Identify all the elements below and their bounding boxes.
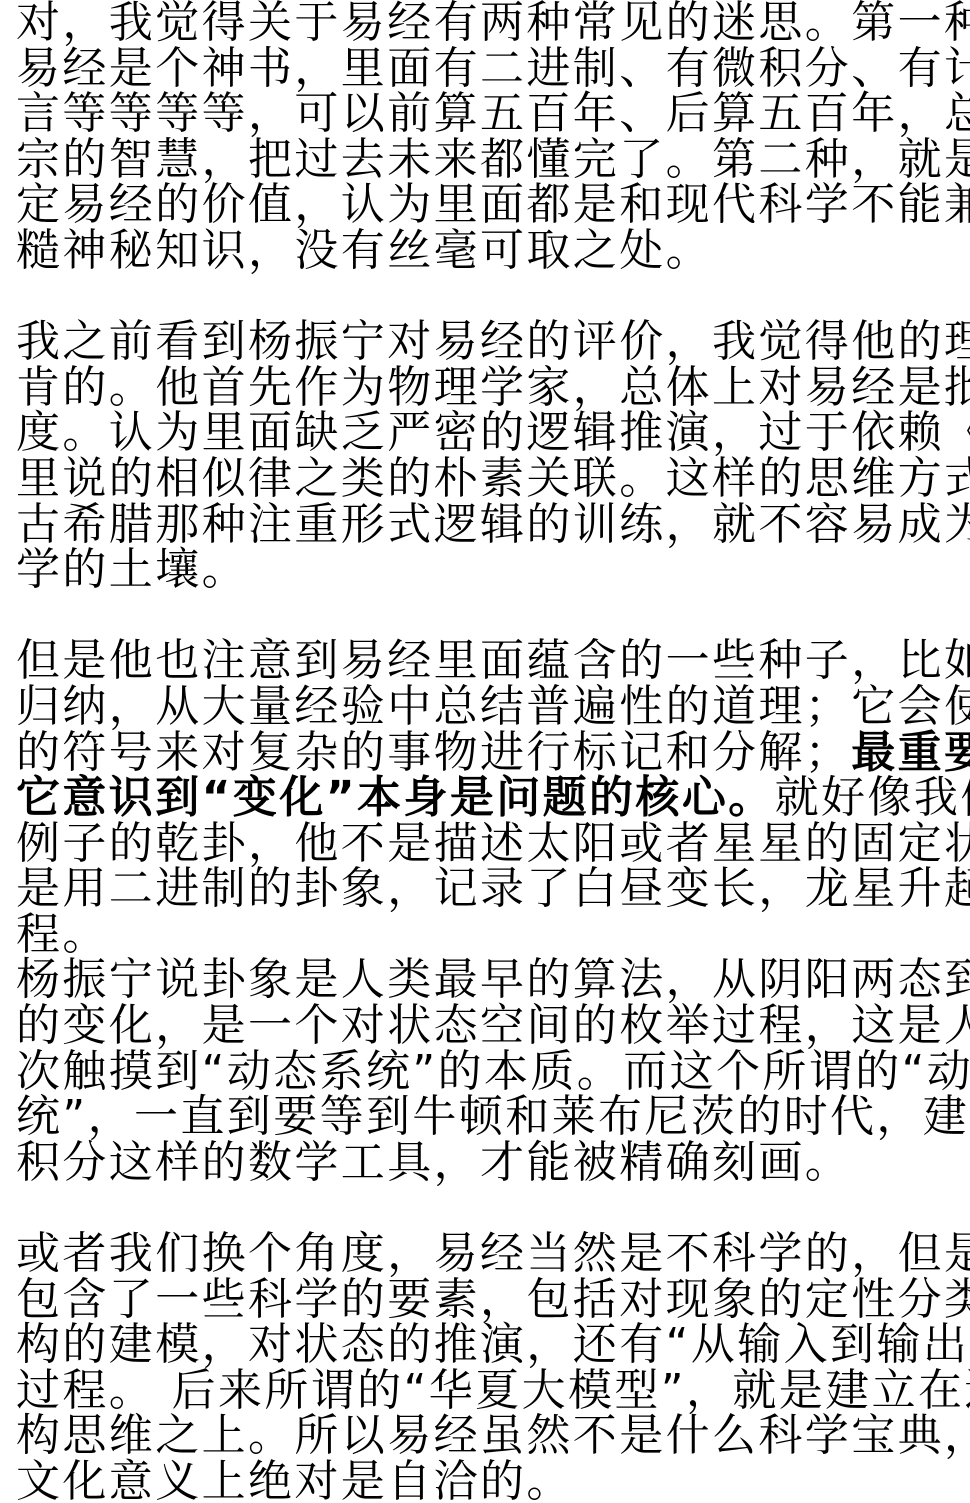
- text-line: 构的建模，对状态的推演，还有“从输入到输出”的决策: [16, 1322, 956, 1368]
- text-line: 对，我觉得关于易经有两种常见的迷思。第一种是觉得: [16, 0, 956, 46]
- paragraph-earliest-algorithm: 杨振宁说卦象是人类最早的算法，从阴阳两态到384爻 的变化，是一个对状态空间的枚…: [16, 957, 956, 1185]
- text-line: 糙神秘知识，没有丝毫可取之处。: [16, 228, 956, 274]
- emphasis-text: 它意识到“变化”本身是问题的核心。: [16, 772, 775, 823]
- text-normal: 就好像我们前面举: [775, 772, 970, 823]
- paragraph-seeds-of-science: 但是他也注意到易经里面蕴含的一些种子，比如它注重 归纳，从大量经验中总结普遍性的…: [16, 638, 956, 957]
- text-line: 易经是个神书，里面有二进制、有微积分、有计算机语: [16, 46, 956, 92]
- text-line: 里说的相似律之类的朴素关联。这样的思维方式，比起: [16, 456, 956, 502]
- text-line: 但是他也注意到易经里面蕴含的一些种子，比如它注重: [16, 638, 956, 684]
- text-line: 它意识到“变化”本身是问题的核心。就好像我们前面举: [16, 775, 956, 821]
- text-normal: 杨振宁说卦象是人类最早的算法，从阴阳两态到: [16, 954, 970, 1005]
- text-line: 定易经的价值，认为里面都是和现代科学不能兼容的粗: [16, 182, 956, 228]
- text-line: 宗的智慧，把过去未来都懂完了。第二种，就是完全否: [16, 137, 956, 183]
- text-line: 杨振宁说卦象是人类最早的算法，从阴阳两态到384爻: [16, 957, 956, 1003]
- text-line: 统”，一直到要等到牛顿和莱布尼茨的时代，建立了微: [16, 1094, 956, 1140]
- text-line: 归纳，从大量经验中总结普遍性的道理；它会使用抽象: [16, 684, 956, 730]
- text-line: 次触摸到“动态系统”的本质。而这个所谓的“动态系: [16, 1049, 956, 1095]
- text-line: 或者我们换个角度，易经当然是不科学的，但是它确实: [16, 1231, 956, 1277]
- article-body: 对，我觉得关于易经有两种常见的迷思。第一种是觉得 易经是个神书，里面有二进制、有…: [16, 0, 956, 1503]
- text-line: 程。: [16, 912, 956, 958]
- text-line: 的变化，是一个对状态空间的枚举过程，这是人类第一: [16, 1003, 956, 1049]
- text-line: 学的土壤。: [16, 547, 956, 593]
- text-line: 文化意义上绝对是自洽的。: [16, 1459, 956, 1503]
- paragraph-yang-critique: 我之前看到杨振宁对易经的评价，我觉得他的理解挺中 肯的。他首先作为物理学家，总体…: [16, 319, 956, 593]
- text-normal: 的符号来对复杂的事物进行标记和分解；: [16, 727, 851, 778]
- text-line: 肯的。他首先作为物理学家，总体上对易经是批评态: [16, 365, 956, 411]
- text-line: 例子的乾卦，他不是描述太阳或者星星的固定状态，而: [16, 821, 956, 867]
- text-line: 包含了一些科学的要素，包括对现象的定性分类，对结: [16, 1277, 956, 1323]
- text-line: 我之前看到杨振宁对易经的评价，我觉得他的理解挺中: [16, 319, 956, 365]
- paragraph-conclusion: 或者我们换个角度，易经当然是不科学的，但是它确实 包含了一些科学的要素，包括对现…: [16, 1231, 956, 1503]
- text-line: 过程。 后来所谓的“华夏大模型”，就是建立在这套结: [16, 1368, 956, 1414]
- text-line: 是用二进制的卦象，记录了白昼变长，龙星升起的过: [16, 866, 956, 912]
- text-line: 构思维之上。所以易经虽然不是什么科学宝典，但是在: [16, 1413, 956, 1459]
- text-line: 积分这样的数学工具，才能被精确刻画。: [16, 1140, 956, 1186]
- text-line: 的符号来对复杂的事物进行标记和分解；最重要的是，: [16, 730, 956, 776]
- text-line: 度。认为里面缺乏严密的逻辑推演，过于依赖《金枝》: [16, 410, 956, 456]
- emphasis-text: 最重要的是，: [851, 727, 970, 778]
- text-line: 言等等等等，可以前算五百年、后算五百年，总之老祖: [16, 91, 956, 137]
- text-line: 古希腊那种注重形式逻辑的训练，就不容易成为滋生科: [16, 502, 956, 548]
- paragraph-two-myths: 对，我觉得关于易经有两种常见的迷思。第一种是觉得 易经是个神书，里面有二进制、有…: [16, 0, 956, 274]
